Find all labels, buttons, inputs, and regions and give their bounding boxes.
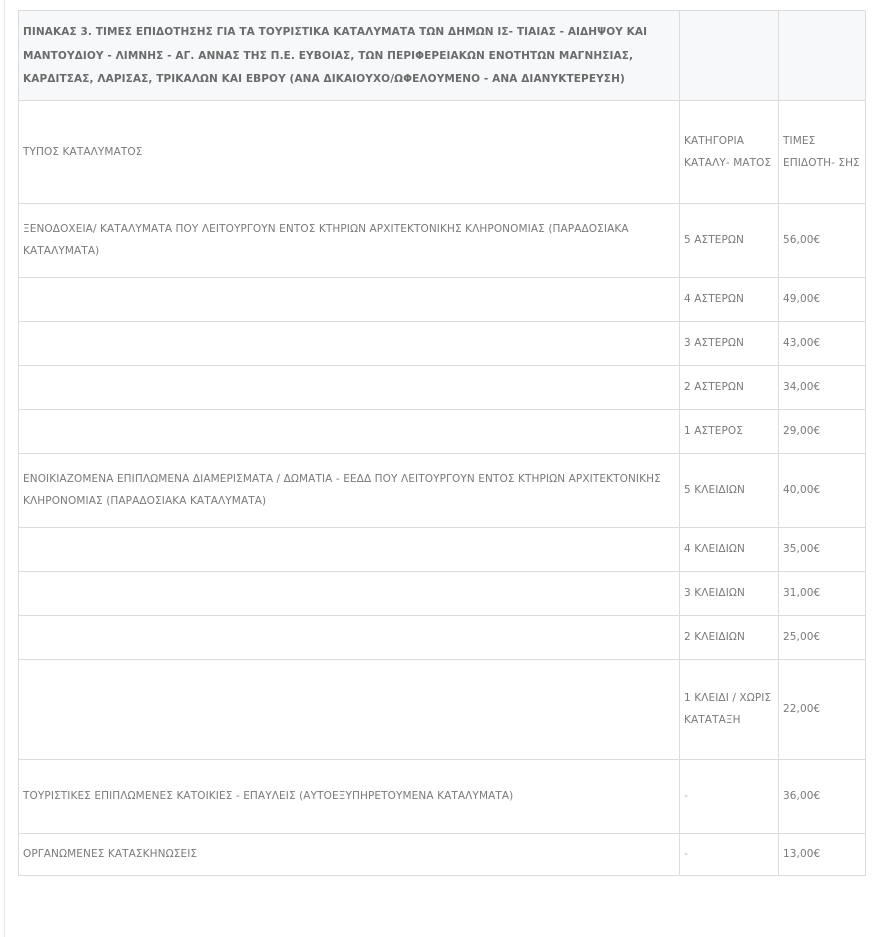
cell-category: 4 ΑΣΤΕΡΩΝ	[680, 277, 779, 321]
column-header-row: ΤΥΠΟΣ ΚΑΤΑΛΥΜΑΤΟΣ ΚΑΤΗΓΟΡΙΑ ΚΑΤΑΛΥ- ΜΑΤΟ…	[19, 100, 866, 203]
table-row: 3 ΑΣΤΕΡΩΝ 43,00€	[19, 321, 866, 365]
cell-type	[19, 409, 680, 453]
cell-type	[19, 615, 680, 659]
cell-type	[19, 277, 680, 321]
table-row: 1 ΚΛΕΙΔΙ / ΧΩΡΙΣ ΚΑΤΑΤΑΞΗ 22,00€	[19, 659, 866, 759]
table-caption: ΠΙΝΑΚΑΣ 3. ΤΙΜΕΣ ΕΠΙΔΟΤΗΣΗΣ ΓΙΑ ΤΑ ΤΟΥΡΙ…	[19, 11, 680, 101]
cell-type: ΤΟΥΡΙΣΤΙΚΕΣ ΕΠΙΠΛΩΜΕΝΕΣ ΚΑΤΟΙΚΙΕΣ - ΕΠΑΥ…	[19, 759, 680, 833]
table-row: 4 ΑΣΤΕΡΩΝ 49,00€	[19, 277, 866, 321]
cell-type	[19, 659, 680, 759]
table-row: 2 ΑΣΤΕΡΩΝ 34,00€	[19, 365, 866, 409]
table-row: 1 ΑΣΤΕΡΟΣ 29,00€	[19, 409, 866, 453]
cell-price: 29,00€	[779, 409, 866, 453]
cell-price: 43,00€	[779, 321, 866, 365]
header-category: ΚΑΤΗΓΟΡΙΑ ΚΑΤΑΛΥ- ΜΑΤΟΣ	[680, 100, 779, 203]
cell-type	[19, 527, 680, 571]
cell-price: 49,00€	[779, 277, 866, 321]
cell-price: 40,00€	[779, 453, 866, 527]
caption-empty-cell	[680, 11, 779, 101]
cell-category: -	[680, 833, 779, 875]
cell-category: 2 ΚΛΕΙΔΙΩΝ	[680, 615, 779, 659]
cell-category: 2 ΑΣΤΕΡΩΝ	[680, 365, 779, 409]
cell-type: ΕΝΟΙΚΙΑΖΟΜΕΝΑ ΕΠΙΠΛΩΜΕΝΑ ΔΙΑΜΕΡΙΣΜΑΤΑ / …	[19, 453, 680, 527]
table-row: ΞΕΝΟΔΟΧΕΙΑ/ ΚΑΤΑΛΥΜΑΤΑ ΠΟΥ ΛΕΙΤΟΥΡΓΟΥΝ Ε…	[19, 203, 866, 277]
caption-empty-cell	[779, 11, 866, 101]
table-row: ΕΝΟΙΚΙΑΖΟΜΕΝΑ ΕΠΙΠΛΩΜΕΝΑ ΔΙΑΜΕΡΙΣΜΑΤΑ / …	[19, 453, 866, 527]
cell-price: 56,00€	[779, 203, 866, 277]
cell-price: 22,00€	[779, 659, 866, 759]
table-row: ΤΟΥΡΙΣΤΙΚΕΣ ΕΠΙΠΛΩΜΕΝΕΣ ΚΑΤΟΙΚΙΕΣ - ΕΠΑΥ…	[19, 759, 866, 833]
cell-category: 4 ΚΛΕΙΔΙΩΝ	[680, 527, 779, 571]
subsidy-rates-table: ΠΙΝΑΚΑΣ 3. ΤΙΜΕΣ ΕΠΙΔΟΤΗΣΗΣ ΓΙΑ ΤΑ ΤΟΥΡΙ…	[18, 10, 866, 876]
table-row: 3 ΚΛΕΙΔΙΩΝ 31,00€	[19, 571, 866, 615]
cell-type	[19, 365, 680, 409]
table-row: 4 ΚΛΕΙΔΙΩΝ 35,00€	[19, 527, 866, 571]
cell-price: 36,00€	[779, 759, 866, 833]
cell-price: 34,00€	[779, 365, 866, 409]
cell-price: 35,00€	[779, 527, 866, 571]
cell-price: 13,00€	[779, 833, 866, 875]
table-caption-row: ΠΙΝΑΚΑΣ 3. ΤΙΜΕΣ ΕΠΙΔΟΤΗΣΗΣ ΓΙΑ ΤΑ ΤΟΥΡΙ…	[19, 11, 866, 101]
table-row: ΟΡΓΑΝΩΜΕΝΕΣ ΚΑΤΑΣΚΗΝΩΣΕΙΣ - 13,00€	[19, 833, 866, 875]
header-accommodation-type: ΤΥΠΟΣ ΚΑΤΑΛΥΜΑΤΟΣ	[19, 100, 680, 203]
cell-category: 5 ΚΛΕΙΔΙΩΝ	[680, 453, 779, 527]
cell-category: 1 ΚΛΕΙΔΙ / ΧΩΡΙΣ ΚΑΤΑΤΑΞΗ	[680, 659, 779, 759]
cell-type	[19, 321, 680, 365]
table-row: 2 ΚΛΕΙΔΙΩΝ 25,00€	[19, 615, 866, 659]
page-left-border	[4, 0, 5, 937]
cell-price: 25,00€	[779, 615, 866, 659]
cell-type: ΞΕΝΟΔΟΧΕΙΑ/ ΚΑΤΑΛΥΜΑΤΑ ΠΟΥ ΛΕΙΤΟΥΡΓΟΥΝ Ε…	[19, 203, 680, 277]
cell-type: ΟΡΓΑΝΩΜΕΝΕΣ ΚΑΤΑΣΚΗΝΩΣΕΙΣ	[19, 833, 680, 875]
cell-price: 31,00€	[779, 571, 866, 615]
cell-category: 1 ΑΣΤΕΡΟΣ	[680, 409, 779, 453]
header-price: ΤΙΜΕΣ ΕΠΙΔΟΤΗ- ΣΗΣ	[779, 100, 866, 203]
cell-category: 3 ΑΣΤΕΡΩΝ	[680, 321, 779, 365]
cell-type	[19, 571, 680, 615]
cell-category: 3 ΚΛΕΙΔΙΩΝ	[680, 571, 779, 615]
cell-category: 5 ΑΣΤΕΡΩΝ	[680, 203, 779, 277]
cell-category: -	[680, 759, 779, 833]
